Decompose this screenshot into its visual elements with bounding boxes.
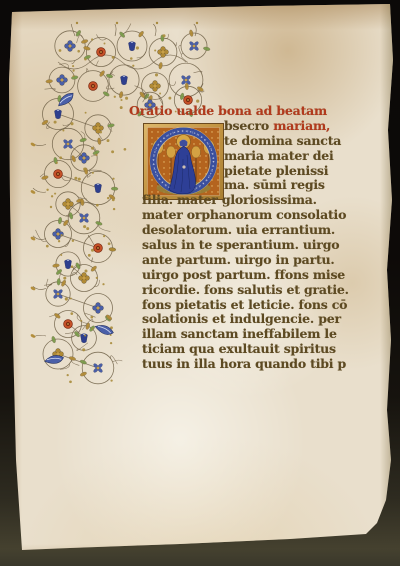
text-segment: filia. mater gloriosissima.	[142, 192, 317, 207]
text-segment: maria mater dei	[224, 148, 334, 163]
border-flower	[79, 213, 89, 223]
border-flower	[189, 41, 199, 51]
border-blue-leaf	[44, 353, 63, 365]
border-flower	[97, 48, 106, 57]
border-flower	[121, 76, 128, 85]
border-flower	[65, 260, 72, 269]
border-flower	[53, 289, 63, 299]
manuscript-leaf: O	[0, 0, 400, 566]
text-segment: illam sanctam ineffabilem le	[142, 326, 337, 341]
text-line-13: ricordie. fons salutis et gratie.	[142, 283, 374, 298]
text-segment: desolatorum. uia errantium.	[142, 222, 335, 237]
border-flower	[89, 82, 98, 91]
text-line-4: maria mater dei	[142, 149, 374, 164]
border-blue-leaf	[95, 320, 114, 338]
text-line-8: mater orphanorum consolatio	[142, 208, 374, 223]
text-line-15: solationis et indulgencie. per	[142, 312, 374, 327]
border-flower	[53, 349, 64, 360]
border-flower	[94, 244, 103, 253]
border-flower	[53, 229, 64, 240]
text-segment: te domina sancta	[224, 133, 341, 148]
text-line-10: salus in te sperantium. uirgo	[142, 238, 374, 253]
text-line-18: tuus in illa hora quando tibi p	[142, 357, 374, 372]
border-flower	[55, 110, 62, 119]
border-flower	[93, 363, 103, 373]
border-flower	[158, 47, 169, 58]
border-flower	[63, 199, 74, 210]
text-line-16: illam sanctam ineffabilem le	[142, 327, 374, 342]
border-flower	[93, 303, 104, 314]
border-flower	[63, 139, 73, 149]
text-line-12: uirgo post partum. ffons mise	[142, 268, 374, 283]
border-blue-leaf	[56, 92, 76, 106]
manuscript-text: Oratio ualde bona ad beatambsecro mariam…	[142, 104, 374, 372]
photo-background: O	[0, 0, 400, 566]
text-line-2: bsecro mariam,	[142, 119, 374, 134]
text-line-6: ma. sūmi regis	[142, 178, 374, 193]
border-flower	[93, 123, 104, 134]
text-segment: solationis et indulgencie. per	[142, 311, 341, 326]
border-flower	[54, 170, 63, 179]
text-segment: fons pietatis et leticie. fons cō	[142, 297, 347, 312]
border-flower	[79, 153, 90, 164]
border-flower	[79, 273, 90, 284]
border-flower	[64, 320, 73, 329]
text-line-11: ante partum. uirgo in partu.	[142, 253, 374, 268]
text-segment: ante partum. uirgo in partu.	[142, 252, 335, 267]
text-segment: pietate plenissi	[224, 163, 328, 178]
text-line-9: desolatorum. uia errantium.	[142, 223, 374, 238]
text-segment: ticiam qua exultauit spiritus	[142, 341, 336, 356]
text-line-5: pietate plenissi	[142, 164, 374, 179]
border-flower	[181, 75, 191, 85]
border-flower	[150, 81, 161, 92]
text-segment: ricordie. fons salutis et gratie.	[142, 282, 349, 297]
text-line-17: ticiam qua exultauit spiritus	[142, 342, 374, 357]
text-segment: tuus in illa hora quando tibi p	[142, 356, 346, 371]
border-flower	[95, 184, 102, 193]
text-segment: mariam,	[273, 118, 330, 133]
text-line-1: Oratio ualde bona ad beatam	[129, 104, 374, 119]
text-segment: Oratio ualde bona ad beatam	[129, 103, 327, 118]
border-flower	[129, 42, 136, 51]
text-segment: ma. sūmi regis	[224, 177, 325, 192]
text-line-3: te domina sancta	[142, 134, 374, 149]
text-line-14: fons pietatis et leticie. fons cō	[142, 298, 374, 313]
text-segment: bsecro	[224, 118, 273, 133]
border-flower	[57, 75, 68, 86]
text-line-7: filia. mater gloriosissima.	[142, 193, 374, 208]
text-segment: salus in te sperantium. uirgo	[142, 237, 339, 252]
text-segment: mater orphanorum consolatio	[142, 207, 346, 222]
text-segment: uirgo post partum. ffons mise	[142, 267, 345, 282]
border-flower	[65, 41, 76, 52]
border-flower	[81, 334, 88, 343]
